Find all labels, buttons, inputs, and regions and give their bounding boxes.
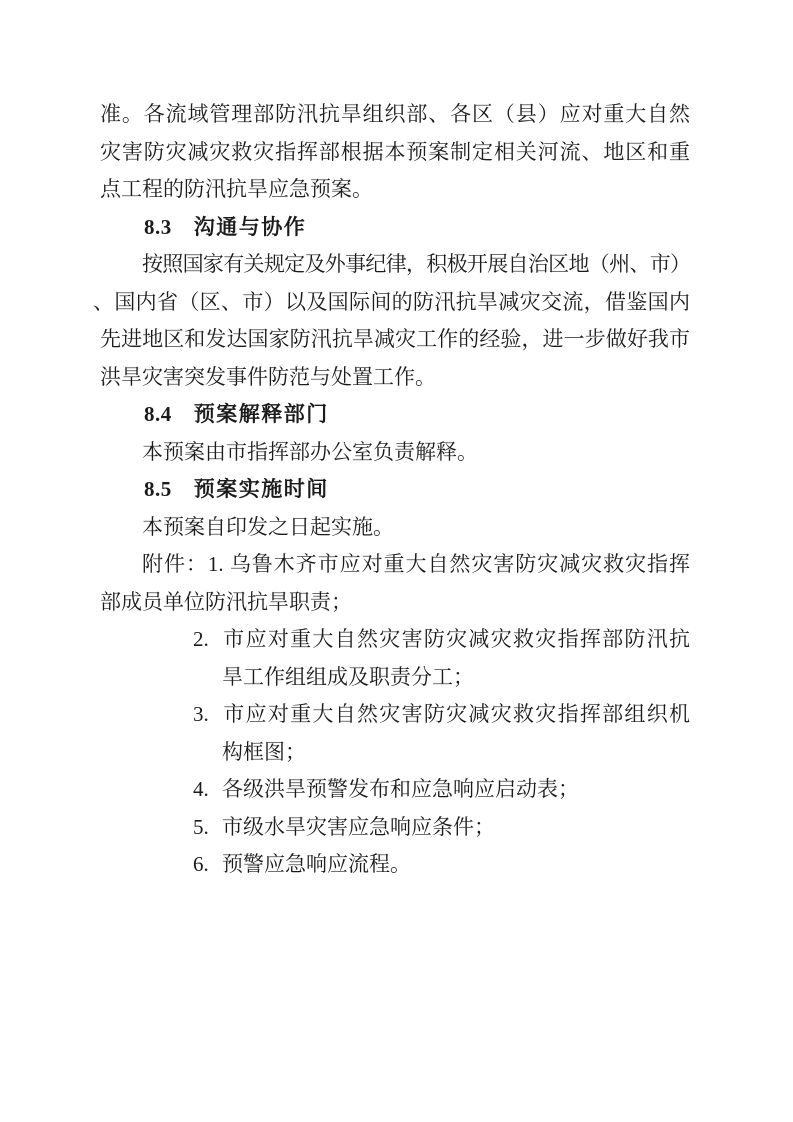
- attachment-item-line: 4.各级洪旱预警发布和应急响应启动表；: [193, 771, 690, 809]
- text-line: 本预案由市指挥部办公室负责解释。: [100, 434, 690, 472]
- text-line: 按照国家有关规定及外事纪律，积极开展自治区地（州、市）: [100, 246, 690, 284]
- attachment-text-line: 构框图；: [222, 734, 690, 772]
- item-text: 预警应急响应流程。: [222, 852, 411, 876]
- text-line: 点工程的防汛抗旱应急预案。: [100, 171, 690, 209]
- item-number: 3.: [193, 696, 222, 734]
- section-number: 8.5: [144, 477, 172, 501]
- item-number: 2.: [193, 621, 222, 659]
- attachment-text-line: 旱工作组组成及职责分工；: [222, 659, 690, 697]
- section-title: 沟通与协作: [194, 215, 307, 239]
- item-text: 市应对重大自然灾害防灾减灾救灾指挥部防汛抗: [222, 627, 690, 651]
- text-line: 、国内省（区、市）以及国际间的防汛抗旱减灾交流，借鉴国内: [93, 284, 690, 322]
- item-number: 5.: [193, 809, 222, 847]
- text-line: 洪旱灾害突发事件防范与处置工作。: [100, 359, 690, 397]
- section-title: 预案实施时间: [194, 477, 329, 501]
- document-page: 准。各流域管理部防汛抗旱组织部、各区（县）应对重大自然灾害防灾减灾救灾指挥部根据…: [0, 0, 793, 1122]
- attachment-text-line: 部成员单位防汛抗旱职责；: [100, 584, 690, 622]
- item-number: 4.: [193, 771, 222, 809]
- section-heading-8.4: 8.4预案解释部门: [144, 396, 690, 434]
- section-title: 预案解释部门: [194, 402, 329, 426]
- attachment-text-line: 附件：1. 乌鲁木齐市应对重大自然灾害防灾减灾救灾指挥: [100, 546, 690, 584]
- item-text: 市应对重大自然灾害防灾减灾救灾指挥部组织机: [222, 702, 690, 726]
- attachment-item-line: 6.预警应急响应流程。: [193, 846, 690, 884]
- item-number: 6.: [193, 846, 222, 884]
- attachment-item-line: 5.市级水旱灾害应急响应条件；: [193, 809, 690, 847]
- text-line: 先进地区和发达国家防汛抗旱减灾工作的经验，进一步做好我市: [100, 321, 690, 359]
- attachment-item-line: 2.市应对重大自然灾害防灾减灾救灾指挥部防汛抗: [193, 621, 690, 659]
- document-body: 准。各流域管理部防汛抗旱组织部、各区（县）应对重大自然灾害防灾减灾救灾指挥部根据…: [100, 96, 690, 884]
- section-heading-8.3: 8.3沟通与协作: [144, 209, 690, 247]
- text-line: 准。各流域管理部防汛抗旱组织部、各区（县）应对重大自然: [100, 96, 690, 134]
- text-line: 本预案自印发之日起实施。: [100, 509, 690, 547]
- text-line: 灾害防灾减灾救灾指挥部根据本预案制定相关河流、地区和重: [100, 134, 690, 172]
- attachment-item-line: 3.市应对重大自然灾害防灾减灾救灾指挥部组织机: [193, 696, 690, 734]
- section-number: 8.4: [144, 402, 172, 426]
- section-number: 8.3: [144, 215, 172, 239]
- section-heading-8.5: 8.5预案实施时间: [144, 471, 690, 509]
- item-text: 各级洪旱预警发布和应急响应启动表；: [222, 777, 579, 801]
- item-text: 市级水旱灾害应急响应条件；: [222, 815, 495, 839]
